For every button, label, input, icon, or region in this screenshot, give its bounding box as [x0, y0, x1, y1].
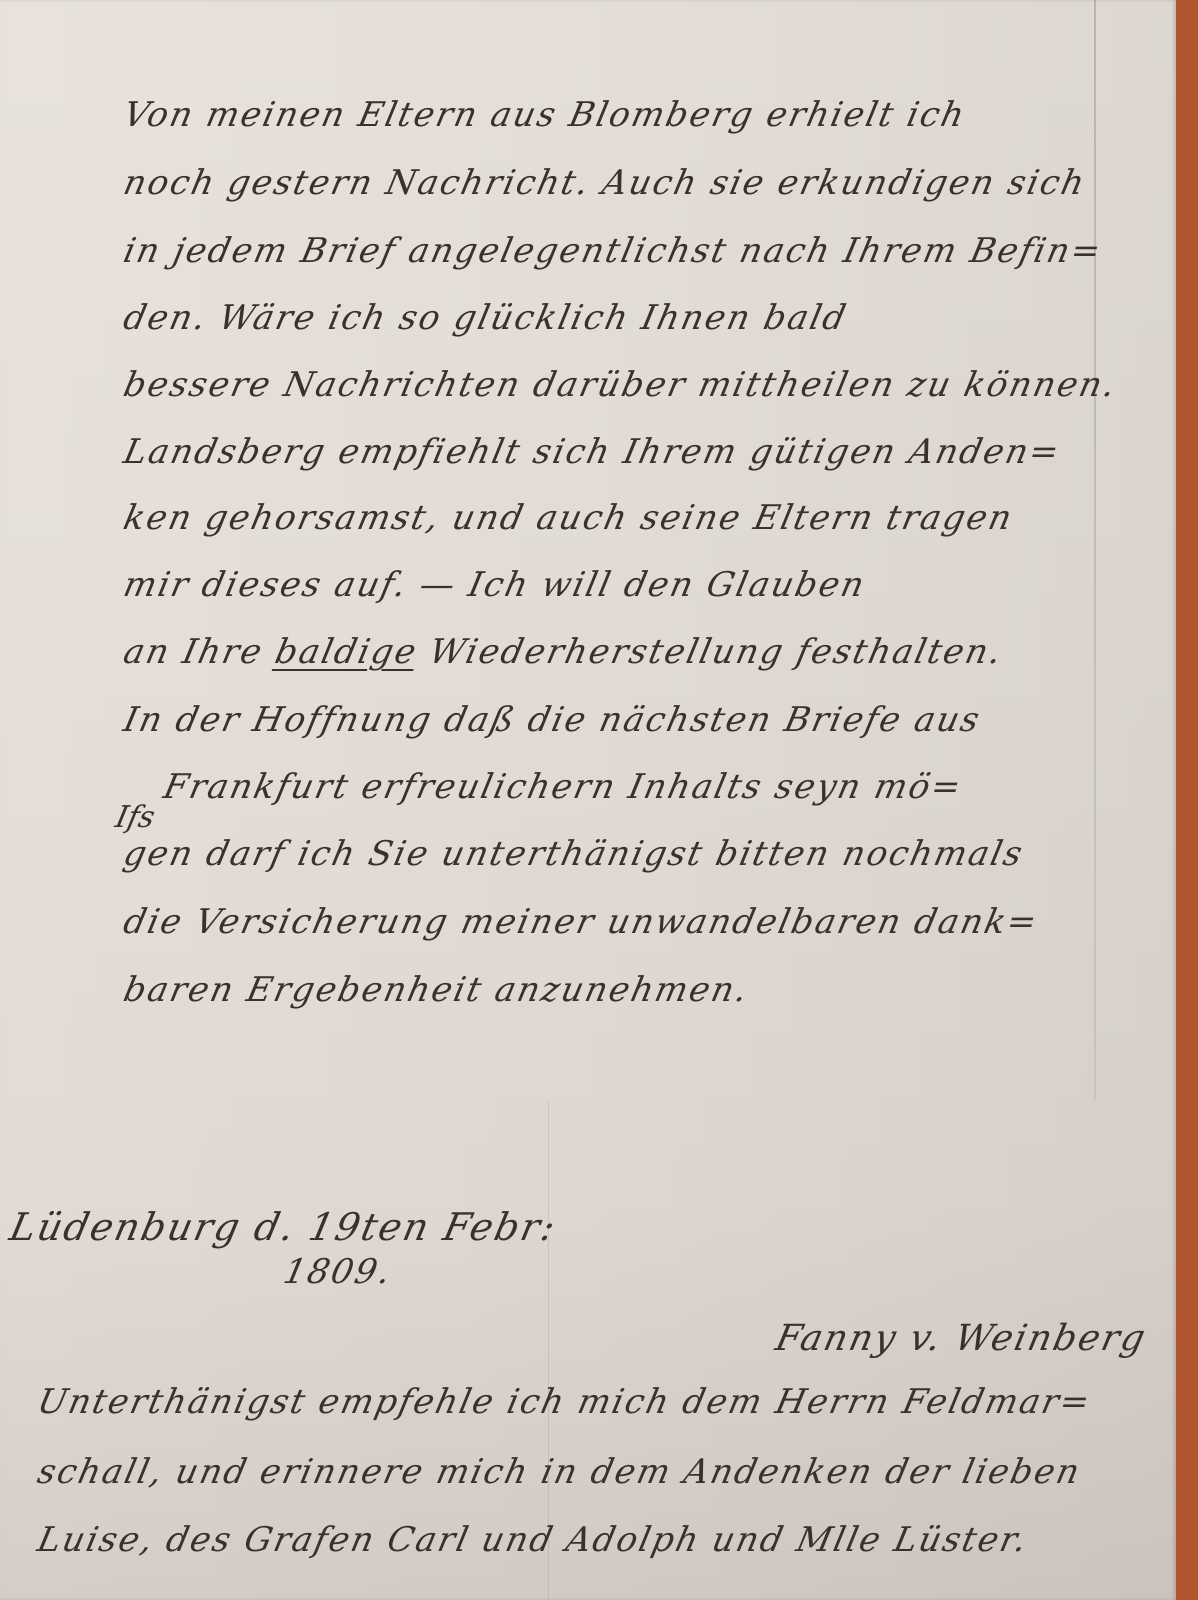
letter-line-14: baren Ergebenheit anzunehmen.	[120, 970, 1169, 1010]
signature: Fanny v. Weinberg	[772, 1318, 1150, 1359]
letter-line-5: bessere Nachrichten darüber mittheilen z…	[120, 365, 1169, 405]
letter-line-13: die Versicherung meiner unwandelbaren da…	[120, 902, 1169, 942]
letter-line-3: in jedem Brief angelegentlichst nach Ihr…	[120, 231, 1169, 271]
letter-line-7: ken gehorsamst, und auch seine Eltern tr…	[120, 498, 1169, 538]
letter-page: Von meinen Eltern aus Blomberg erhielt i…	[0, 0, 1176, 1600]
postscript-line-2: schall, und erinnere mich in dem Andenke…	[34, 1452, 1183, 1492]
margin-mark: Ifs	[112, 800, 158, 835]
letter-line-8: mir dieses auf. — Ich will den Glauben	[120, 565, 1169, 605]
letter-line-6: Landsberg empfiehlt sich Ihrem gütigen A…	[120, 432, 1169, 472]
letter-line-9: an Ihre baldige Wiederherstellung festha…	[120, 632, 1169, 672]
place-date: Lüdenburg d. 19ten Febr:	[6, 1205, 561, 1249]
letter-line-4: den. Wäre ich so glücklich Ihnen bald	[120, 298, 1169, 338]
postscript-line-3: Luise, des Grafen Carl und Adolph und Ml…	[34, 1520, 1183, 1560]
letter-line-2: noch gestern Nachricht. Auch sie erkundi…	[120, 163, 1169, 203]
letter-line-12: gen darf ich Sie unterthänigst bitten no…	[120, 834, 1169, 874]
underlined-word: baldige	[272, 632, 422, 672]
postscript-line-1: Unterthänigst empfehle ich mich dem Herr…	[34, 1382, 1183, 1422]
year: 1809.	[280, 1252, 396, 1292]
letter-line-1: Von meinen Eltern aus Blomberg erhielt i…	[120, 95, 1169, 135]
letter-line-10: In der Hoffnung daß die nächsten Briefe …	[120, 700, 1169, 740]
letter-line-9-text: an Ihre baldige Wiederherstellung festha…	[120, 632, 1007, 672]
letter-line-11: Frankfurt erfreulichern Inhalts seyn mö=	[160, 767, 1169, 807]
